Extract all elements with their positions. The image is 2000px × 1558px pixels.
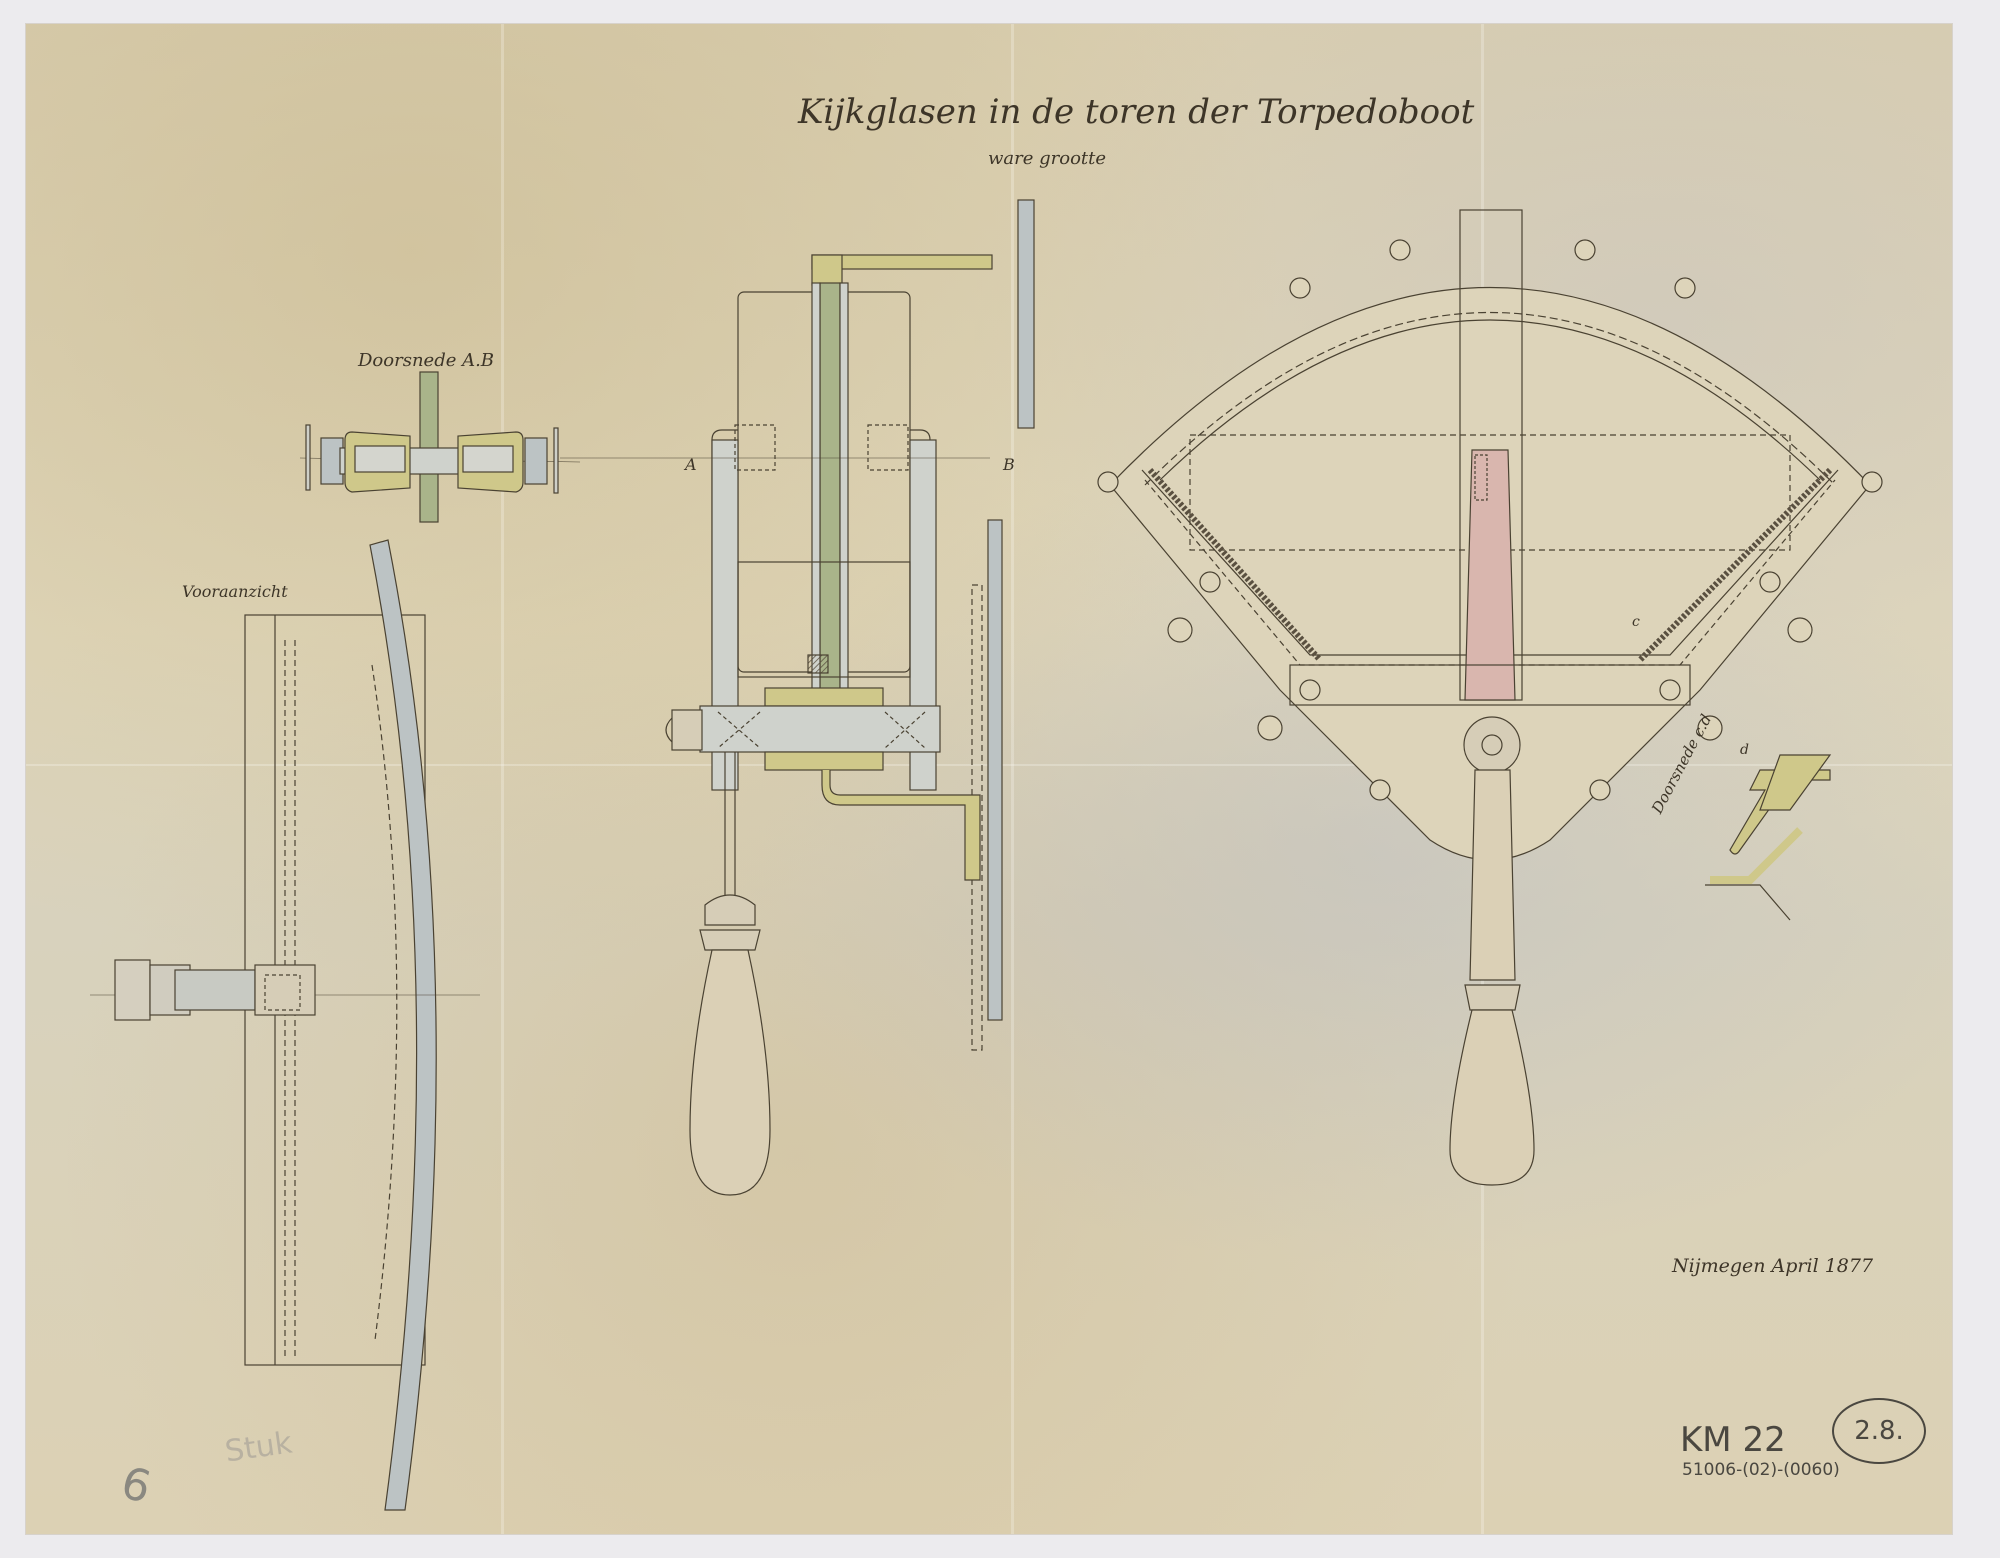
document-subtitle: ware grootte: [988, 148, 1106, 169]
label-section-ab: Doorsnede A.B: [358, 350, 494, 371]
label-marker-d: d: [1740, 742, 1749, 758]
section-ab-drawing: [300, 372, 580, 522]
archive-inventory: 51006-(02)-(0060): [1682, 1460, 1840, 1480]
technical-drawing: [0, 0, 2000, 1558]
document-title: Kijkglasen in de toren der Torpedoboot: [798, 92, 1474, 132]
label-marker-c: c: [1632, 614, 1640, 630]
archive-code: KM 22: [1680, 1420, 1786, 1460]
label-marker-a: A: [685, 455, 697, 474]
side-view-drawing: [560, 200, 1034, 1195]
signature-date: Nijmegen April 1877: [1672, 1255, 1873, 1277]
label-front-view: Vooraanzicht: [182, 582, 288, 601]
front-view-drawing: [90, 540, 480, 1510]
archive-circled-number: 2.8.: [1832, 1398, 1926, 1464]
section-cd-drawing: [1705, 755, 1830, 920]
window-front-drawing: [1098, 210, 1882, 1185]
label-marker-b: B: [1003, 455, 1015, 474]
